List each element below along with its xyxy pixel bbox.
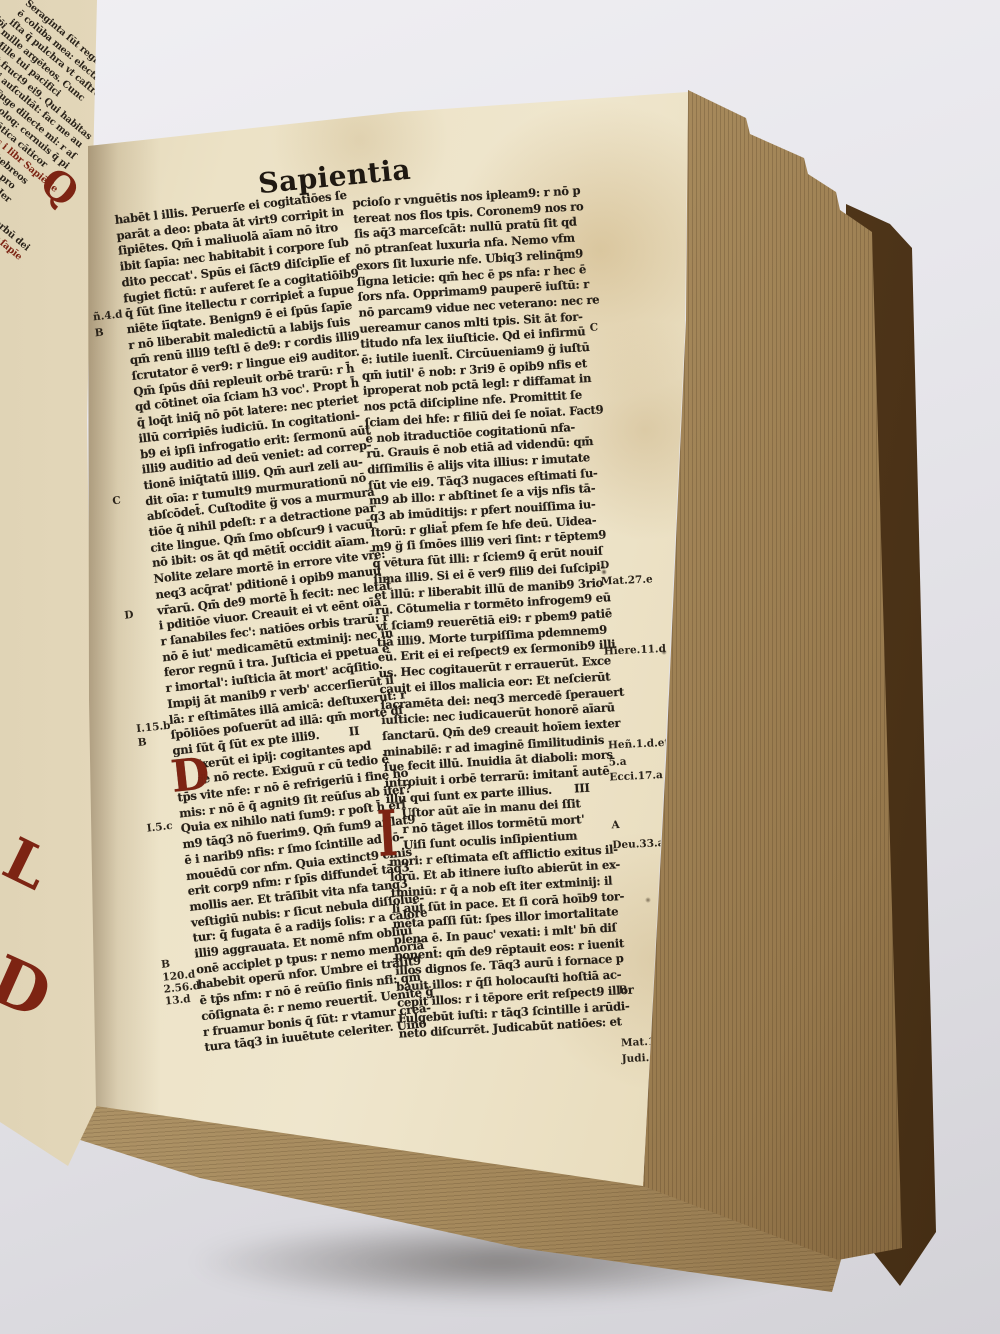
margin-note: D [124, 609, 134, 623]
margin-note: D [600, 559, 610, 572]
margin-note: A [611, 819, 620, 832]
rubric-guide-letter: d [197, 772, 207, 788]
margin-note: 13.d [164, 993, 191, 1009]
book: a mc: qi ip̄itui ſl3 grealaad. Deoſcēder… [0, 0, 1000, 1334]
margin-note: Heñ.1.d.et [608, 737, 670, 753]
margin-note: I.5.c [146, 820, 173, 836]
margin-note: Ecci.17.a [609, 769, 663, 784]
margin-note: C [112, 495, 122, 509]
text-column-right: I pcioſo r vnguētis nos ipleam9: r nō pt… [352, 182, 649, 1043]
margin-note: B [94, 326, 104, 340]
margin-note: Deu.33.a [612, 837, 665, 852]
margin-note: Hiere.11.d [604, 643, 667, 659]
margin-note: B [137, 736, 147, 750]
margin-note: B [618, 984, 627, 997]
rubric-initial-chapter3: I [376, 803, 399, 867]
margin-note: B [161, 958, 171, 972]
margin-note: 5.a [608, 756, 626, 770]
margin-note: C [589, 322, 598, 335]
margin-note: Mat.27.e [601, 573, 653, 588]
